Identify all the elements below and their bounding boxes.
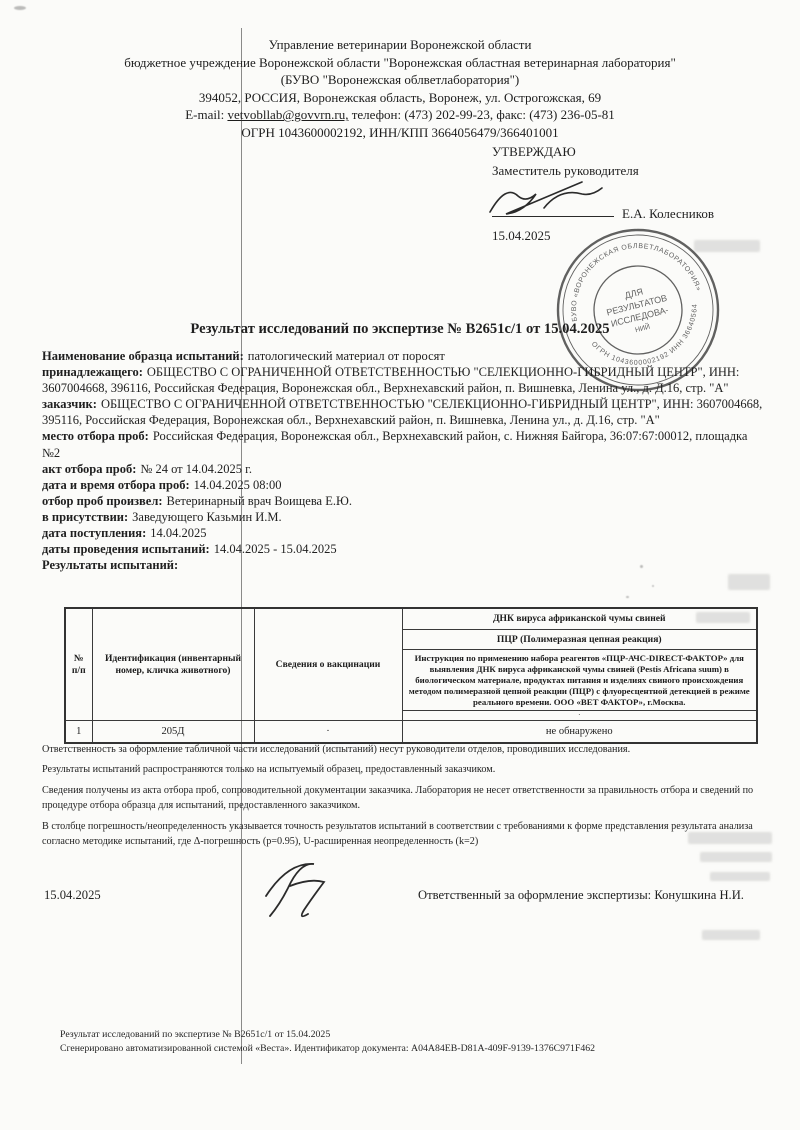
detail-label: даты проведения испытаний:: [42, 542, 210, 556]
detail-value: 14.04.2025: [150, 526, 206, 540]
signoff-row: 15.04.2025 Ответственный за оформление э…: [0, 868, 800, 938]
executor-signature-icon: [252, 854, 362, 926]
responsible-person: Ответственный за оформление экспертизы: …: [418, 888, 778, 903]
col-header-number: № п/п: [65, 608, 92, 721]
detail-label: принадлежащего:: [42, 365, 143, 379]
footnote: Ответственность за оформление табличной …: [42, 742, 766, 757]
detail-row: в присутствии:Заведующего Казьмин И.М.: [42, 509, 764, 525]
detail-value: 14.04.2025 08:00: [194, 478, 282, 492]
detail-row: Результаты испытаний:: [42, 557, 764, 573]
detail-value: Заведующего Казьмин И.М.: [132, 510, 282, 524]
scan-artifact: [688, 832, 772, 844]
cell-number: 1: [65, 721, 92, 744]
email-value: vetvobllab@govvrn.ru,: [227, 107, 348, 122]
approver-signature-row: Е.А. Колесников: [492, 180, 782, 224]
footnotes: Ответственность за оформление табличной …: [42, 742, 766, 854]
scanned-document-page: Управление ветеринарии Воронежской облас…: [0, 0, 800, 1130]
org-contacts: E-mail: vetvobllab@govvrn.ru, телефон: (…: [0, 106, 800, 124]
detail-label: дата и время отбора проб:: [42, 478, 190, 492]
scan-artifact: [696, 612, 750, 623]
detail-row: акт отбора проб:№ 24 от 14.04.2025 г.: [42, 461, 764, 477]
org-address: 394052, РОССИЯ, Воронежская область, Вор…: [0, 89, 800, 107]
detail-label: место отбора проб:: [42, 429, 149, 443]
detail-value: ОБЩЕСТВО С ОГРАНИЧЕННОЙ ОТВЕТСТВЕННОСТЬЮ…: [42, 365, 739, 395]
cell-identification: 205Д: [92, 721, 254, 744]
col-header-identification: Идентификация (инвентарный номер, кличка…: [92, 608, 254, 721]
document-footer: Результат исследований по экспертизе № В…: [60, 1028, 760, 1055]
results-table: № п/п Идентификация (инвентарный номер, …: [64, 607, 758, 744]
footer-expertise-ref: Результат исследований по экспертизе № В…: [60, 1028, 760, 1042]
scan-speck: [652, 585, 654, 587]
org-short-name: (БУВО "Воронежская облветлаборатория"): [0, 71, 800, 89]
scan-speck: [14, 6, 26, 10]
email-label: E-mail:: [185, 107, 224, 122]
org-name: Управление ветеринарии Воронежской облас…: [0, 36, 800, 54]
cell-result: не обнаружено: [402, 721, 757, 744]
org-ogrn-inn: ОГРН 1043600002192, ИНН/КПП 3664056479/3…: [0, 124, 800, 142]
signature-line: [492, 216, 614, 217]
org-full-name: бюджетное учреждение Воронежской области…: [0, 54, 800, 72]
approve-word: УТВЕРЖДАЮ: [492, 142, 782, 161]
document-title: Результат исследований по экспертизе № В…: [0, 321, 800, 338]
scan-artifact: [702, 930, 760, 940]
scan-artifact: [700, 852, 772, 862]
footnote: В столбце погрешность/неопределенность у…: [42, 819, 766, 850]
table-header-row: № п/п Идентификация (инвентарный номер, …: [65, 608, 757, 630]
cell-vaccination: ·: [254, 721, 402, 744]
detail-row: отбор проб произвел:Ветеринарный врач Во…: [42, 493, 764, 509]
detail-value: № 24 от 14.04.2025 г.: [140, 462, 252, 476]
detail-label: заказчик:: [42, 397, 97, 411]
col-header-vaccination: Сведения о вакцинации: [254, 608, 402, 721]
detail-label: дата поступления:: [42, 526, 146, 540]
footnote: Результаты испытаний распространяются то…: [42, 762, 766, 777]
footer-generated-id: Сгенерировано автоматизированной системо…: [60, 1042, 760, 1056]
scan-artifact: [694, 240, 760, 252]
detail-value: Ветеринарный врач Воищева Е.Ю.: [167, 494, 352, 508]
org-header: Управление ветеринарии Воронежской облас…: [0, 36, 800, 142]
detail-row: даты проведения испытаний:14.04.2025 - 1…: [42, 541, 764, 557]
detail-row: принадлежащего:ОБЩЕСТВО С ОГРАНИЧЕННОЙ О…: [42, 364, 764, 396]
phone-fax: телефон: (473) 202-99-23, факс: (473) 23…: [352, 107, 615, 122]
signoff-date: 15.04.2025: [44, 888, 101, 903]
detail-row: Наименование образца испытаний:патологич…: [42, 348, 764, 364]
detail-label: отбор проб произвел:: [42, 494, 163, 508]
detail-row: заказчик:ОБЩЕСТВО С ОГРАНИЧЕННОЙ ОТВЕТСТ…: [42, 396, 764, 428]
detail-row: дата поступления:14.04.2025: [42, 525, 764, 541]
spacer-cell: ·: [402, 711, 757, 721]
scan-speck: [626, 596, 629, 598]
scan-artifact: [728, 574, 770, 590]
detail-label: в присутствии:: [42, 510, 128, 524]
method-type-header: ПЦР (Полимеразная цепная реакция): [402, 630, 757, 650]
sample-details: Наименование образца испытаний:патологич…: [42, 348, 764, 573]
method-description: Инструкция по применению набора реагенто…: [402, 650, 757, 711]
detail-label: Наименование образца испытаний:: [42, 349, 244, 363]
table-row: 1 205Д · не обнаружено: [65, 721, 757, 744]
detail-value: патологический материал от поросят: [248, 349, 445, 363]
footnote: Сведения получены из акта отбора проб, с…: [42, 783, 766, 814]
detail-label: Результаты испытаний:: [42, 558, 178, 572]
detail-value: ОБЩЕСТВО С ОГРАНИЧЕННОЙ ОТВЕТСТВЕННОСТЬЮ…: [42, 397, 762, 427]
scan-speck: [640, 565, 643, 568]
detail-row: место отбора проб:Российская Федерация, …: [42, 428, 764, 460]
detail-row: дата и время отбора проб:14.04.2025 08:0…: [42, 477, 764, 493]
detail-value: 14.04.2025 - 15.04.2025: [214, 542, 337, 556]
detail-label: акт отбора проб:: [42, 462, 136, 476]
approver-signature-icon: [486, 168, 636, 220]
scan-artifact: [710, 872, 770, 881]
scan-fold-line: [241, 28, 242, 1064]
